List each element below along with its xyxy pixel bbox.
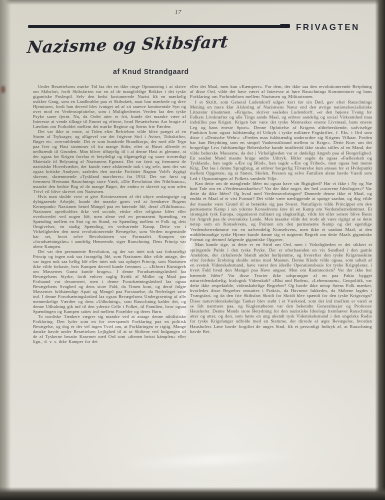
paragraph-continuation: eller det Maal, men kun »Kæmpere«. For d…	[190, 84, 372, 99]
paragraph: Under Besættelsens mørke Tid laa der en …	[33, 84, 186, 129]
masthead-title: FRIVAGTEN	[296, 22, 360, 32]
paragraph: Man kunde sige, at dette er en Strid om …	[190, 242, 372, 334]
page-edge-shadow-bottom	[0, 487, 385, 500]
page-edge-shadow-top	[0, 0, 385, 5]
paragraph: I et Skrift, som General Ludendorff udga…	[190, 99, 372, 181]
paragraph: Det var den permanente Revolution, og de…	[33, 249, 186, 314]
scanned-page-photo: 17 FRIVAGTEN Nazisme og Skibsfart af Knu…	[0, 0, 385, 500]
page-edge-shadow-left	[0, 0, 11, 500]
page-edge-shadow-right	[375, 0, 385, 500]
page-number: 17	[166, 9, 190, 16]
header-rule-end-cap	[280, 24, 290, 28]
header-rule	[28, 25, 282, 28]
paper-fleck	[1, 86, 5, 93]
article-column-left: Under Besættelsens mørke Tid laa der en …	[33, 84, 186, 444]
article-column-right-text: eller det Maal, men kun »Kæmpere«. For d…	[190, 84, 372, 334]
paragraph: Kan dette om de manglende Idéer nu ogsaa…	[190, 181, 372, 242]
paragraph: To nordiske Tænkere vægrer sig maaske ve…	[33, 314, 186, 344]
article-column-left-text: Under Besættelsens mørke Tid laa der en …	[33, 84, 186, 344]
article-column-right: eller det Maal, men kun »Kæmpere«. For d…	[190, 84, 372, 450]
paragraph: Det var ikke at vente, at Tiden efter Be…	[33, 129, 186, 194]
article-byline: af Knud Strandgaard	[101, 69, 201, 76]
paragraph: Hvis man skulde vove at give Kvintessens…	[33, 194, 186, 249]
